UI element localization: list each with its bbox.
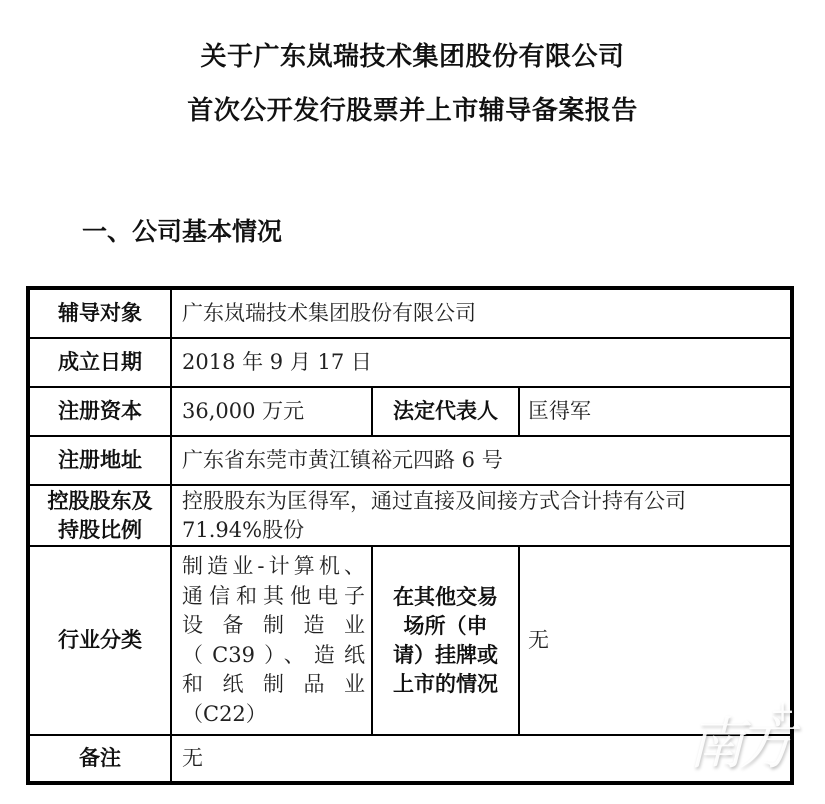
label-industry-classification: 行业分类 xyxy=(30,547,170,734)
industry-line: 制造业-计算机、 xyxy=(182,552,365,582)
other-exchange-line: 请）挂牌或 xyxy=(393,641,498,670)
label-remarks: 备注 xyxy=(30,736,170,781)
value-registered-address: 广东省东莞市黄江镇裕元四路 6 号 xyxy=(172,437,790,484)
other-exchange-line: 在其他交易 xyxy=(393,583,498,612)
section-heading: 一、公司基本情况 xyxy=(82,212,282,248)
industry-line: 设备制造业 xyxy=(182,611,365,641)
value-controlling-shareholder-line-2: 71.94%股份 xyxy=(182,516,304,545)
industry-line: （C22） xyxy=(182,700,365,730)
other-exchange-line: 场所（申 xyxy=(404,612,488,641)
value-industry-classification: 制造业-计算机、 通信和其他电子 设备制造业 （C39）、造纸 和纸制品业 （C… xyxy=(172,547,371,734)
value-controlling-shareholder-line-1: 控股股东为匡得军，通过直接及间接方式合计持有公司 xyxy=(182,487,686,516)
value-other-exchange-listing: 无 xyxy=(520,547,790,734)
label-registered-capital: 注册资本 xyxy=(30,388,170,435)
label-tutoring-target: 辅导对象 xyxy=(30,290,170,337)
industry-line: 通信和其他电子 xyxy=(182,582,365,612)
label-established-date: 成立日期 xyxy=(30,339,170,386)
value-established-date: 2018 年 9 月 17 日 xyxy=(172,339,790,386)
label-controlling-shareholder-line-2: 持股比例 xyxy=(58,516,142,545)
value-tutoring-target: 广东岚瑞技术集团股份有限公司 xyxy=(172,290,790,337)
company-info-table: 辅导对象 广东岚瑞技术集团股份有限公司 成立日期 2018 年 9 月 17 日… xyxy=(26,286,794,785)
label-controlling-shareholder-line-1: 控股股东及 xyxy=(48,487,153,516)
value-registered-capital: 36,000 万元 xyxy=(172,388,371,435)
value-legal-representative: 匡得军 xyxy=(520,388,790,435)
other-exchange-line: 上市的情况 xyxy=(393,670,498,699)
document-title-line-1: 关于广东岚瑞技术集团股份有限公司 xyxy=(0,36,825,73)
industry-line: 和纸制品业 xyxy=(182,670,365,700)
label-controlling-shareholder: 控股股东及 持股比例 xyxy=(30,486,170,545)
value-remarks: 无 xyxy=(172,736,790,781)
industry-line: （C39）、造纸 xyxy=(182,641,365,671)
value-controlling-shareholder: 控股股东为匡得军，通过直接及间接方式合计持有公司 71.94%股份 xyxy=(172,486,790,545)
label-legal-representative: 法定代表人 xyxy=(373,388,518,435)
label-other-exchange-listing: 在其他交易 场所（申 请）挂牌或 上市的情况 xyxy=(373,547,518,734)
label-registered-address: 注册地址 xyxy=(30,437,170,484)
document-title-line-2: 首次公开发行股票并上市辅导备案报告 xyxy=(0,90,825,127)
